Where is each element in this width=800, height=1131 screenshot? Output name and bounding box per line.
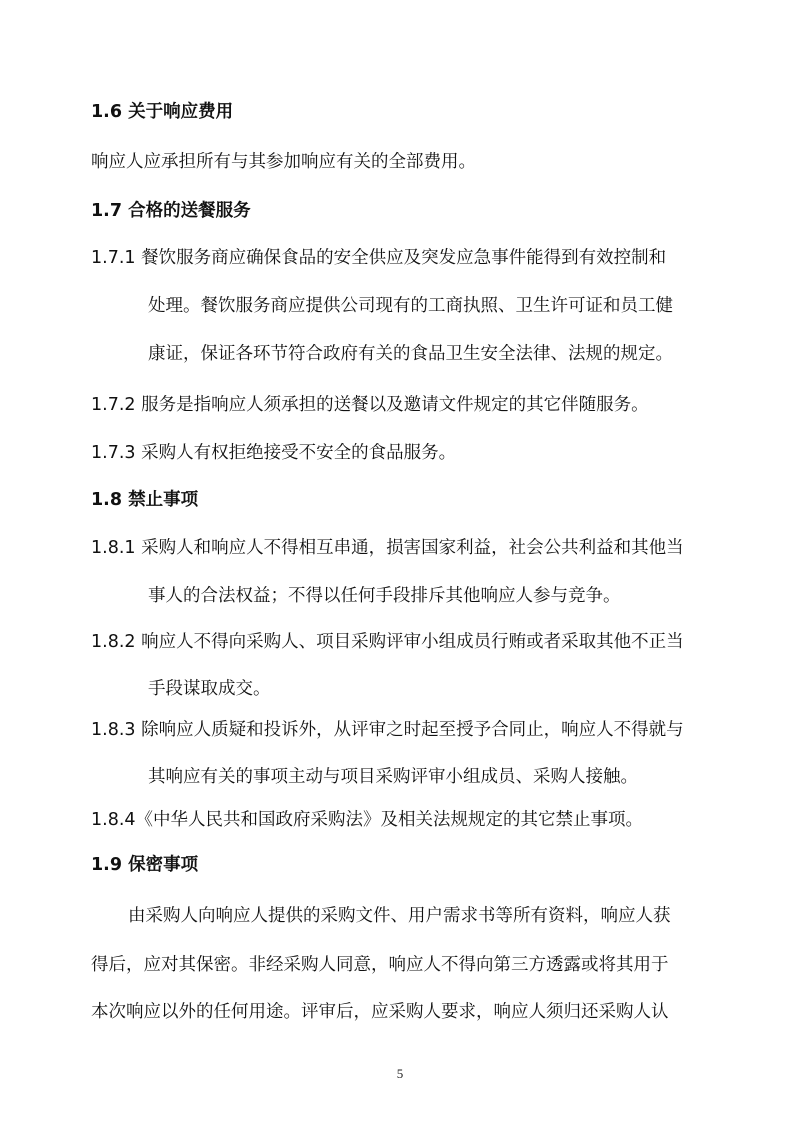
- paragraph-1-9-line-1: 由采购人向响应人提供的采购文件、用户需求书等所有资料，响应人获: [128, 904, 671, 928]
- paragraph-1-6: 响应人应承担所有与其参加响应有关的全部费用。: [91, 150, 476, 174]
- paragraph-1-9-line-2: 得后，应对其保密。非经采购人同意，响应人不得向第三方透露或将其用于: [91, 953, 669, 977]
- section-heading-1-7: 1.7 合格的送餐服务: [91, 199, 251, 223]
- clause-1-7-1-line-2: 处理。餐饮服务商应提供公司现有的工商执照、卫生许可证和员工健: [148, 294, 673, 318]
- section-heading-1-6: 1.6 关于响应费用: [91, 100, 233, 124]
- clause-1-8-2-line-2: 手段谋取成交。: [148, 677, 271, 701]
- clause-1-8-3-line-1: 1.8.3 除响应人质疑和投诉外，从评审之时起至授予合同止，响应人不得就与: [91, 718, 684, 742]
- paragraph-1-9-line-3: 本次响应以外的任何用途。评审后，应采购人要求，响应人须归还采购人认: [91, 1000, 669, 1024]
- clause-1-7-3: 1.7.3 采购人有权拒绝接受不安全的食品服务。: [91, 441, 456, 465]
- clause-1-7-1-line-3: 康证，保证各环节符合政府有关的食品卫生安全法律、法规的规定。: [148, 342, 673, 366]
- clause-1-8-2-line-1: 1.8.2 响应人不得向采购人、项目采购评审小组成员行贿或者采取其他不正当: [91, 630, 684, 654]
- page-number: 5: [0, 1066, 800, 1082]
- section-heading-1-8: 1.8 禁止事项: [91, 488, 198, 512]
- clause-1-7-2: 1.7.2 服务是指响应人须承担的送餐以及邀请文件规定的其它伴随服务。: [91, 393, 649, 417]
- clause-1-8-4: 1.8.4《中华人民共和国政府采购法》及相关法规规定的其它禁止事项。: [91, 808, 643, 832]
- clause-1-8-1-line-1: 1.8.1 采购人和响应人不得相互串通，损害国家利益，社会公共利益和其他当: [91, 536, 684, 560]
- clause-1-8-1-line-2: 事人的合法权益；不得以任何手段排斥其他响应人参与竞争。: [148, 584, 621, 608]
- clause-1-8-3-line-2: 其响应有关的事项主动与项目采购评审小组成员、采购人接触。: [148, 765, 638, 789]
- section-heading-1-9: 1.9 保密事项: [91, 853, 198, 877]
- clause-1-7-1-line-1: 1.7.1 餐饮服务商应确保食品的安全供应及突发应急事件能得到有效控制和: [91, 246, 666, 270]
